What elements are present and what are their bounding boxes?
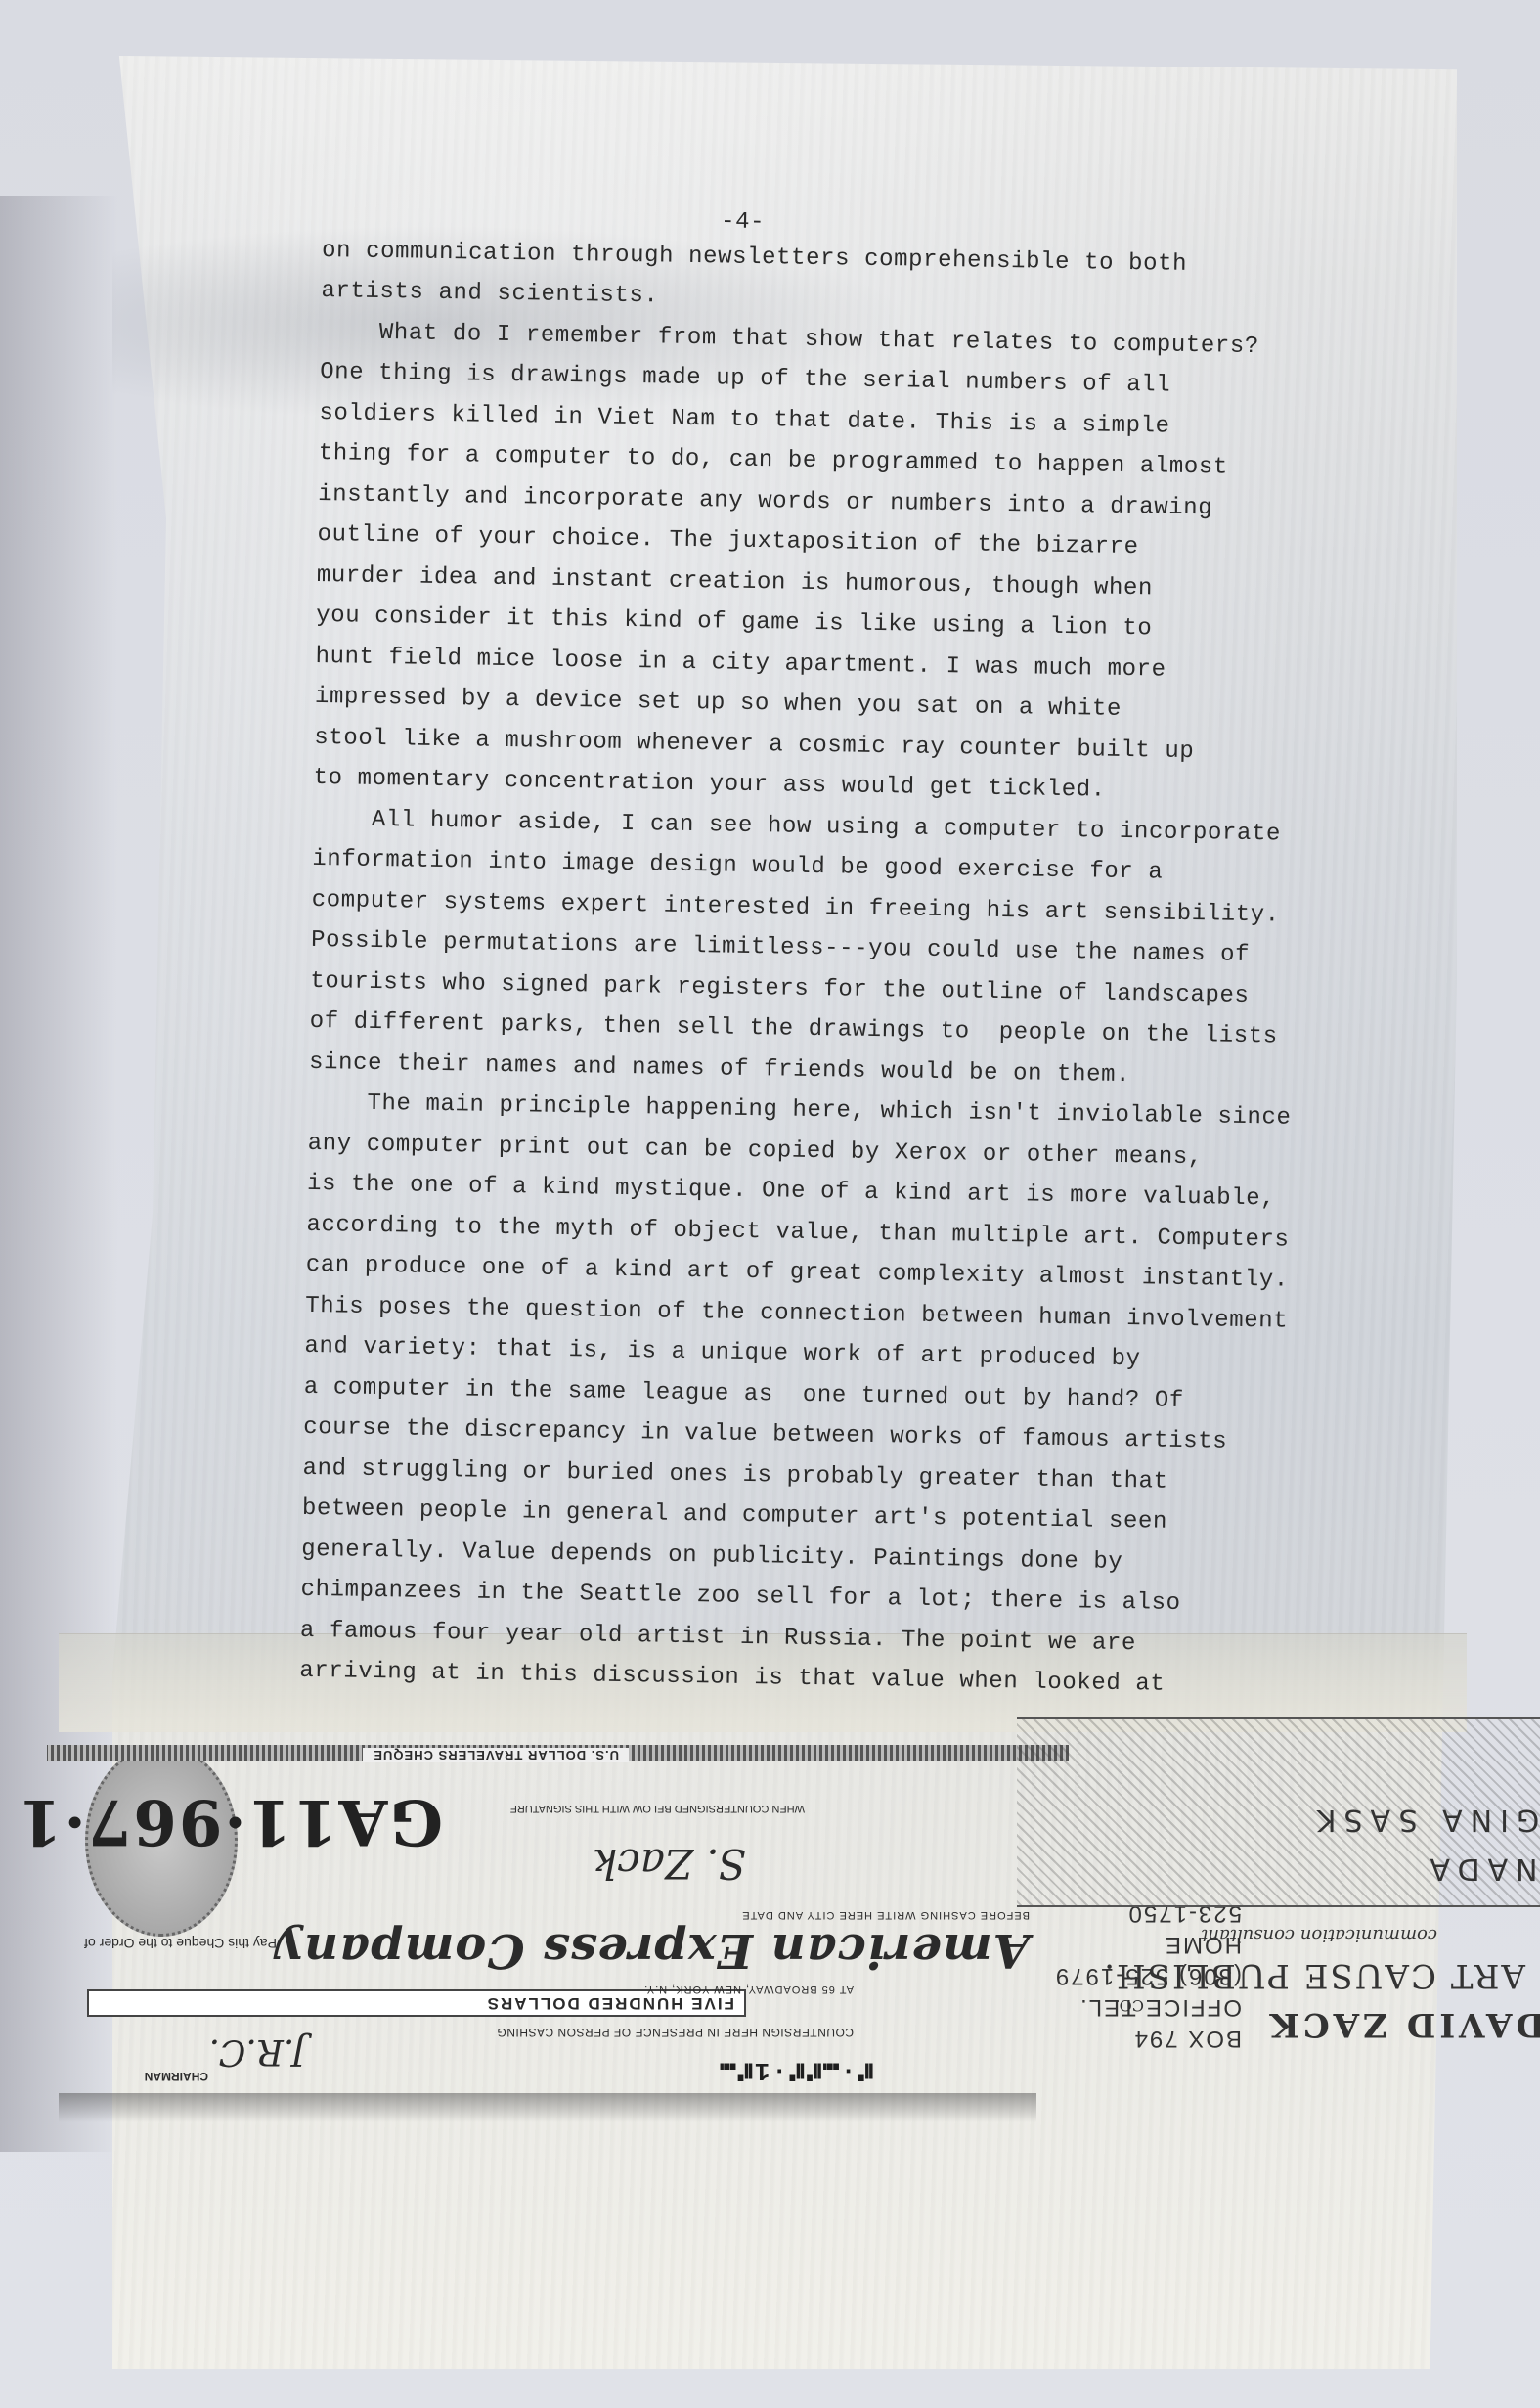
travelers-cheque: ⑈·⑉⑈⑈·1⑈⑉ J.R.C. CHAIRMAN COUNTERSIGN HE…	[47, 1721, 1069, 2093]
amount-text: FIVE HUNDRED DOLLARS	[486, 1993, 734, 2013]
issuer-address: AT 65 BROADWAY, NEW YORK, N.Y.	[643, 1984, 854, 1995]
business-card: BOX 794 OFFICE TEL. (306) 525-1979 HOME …	[1017, 1721, 1540, 2054]
check-serial-number: GA11·967·1	[17, 1785, 443, 1858]
card-box: BOX 794	[1054, 2023, 1242, 2054]
date-hint: BEFORE CASHING WRITE HERE CITY AND DATE	[741, 1909, 1030, 1921]
typed-letter-body: -4- on communication through newsletters…	[299, 196, 1447, 1709]
card-office-label: OFFICE TEL.	[1054, 1991, 1242, 2023]
issuer-name: American Express Company	[275, 1923, 1030, 1978]
chairman-signature: J.R.C.	[209, 2031, 306, 2072]
when-countersigned-label: WHEN COUNTERSIGNED BELOW WITH THIS SIGNA…	[510, 1803, 806, 1814]
pay-to-label: Pay this Cheque to the Order of	[84, 1936, 277, 1951]
card-name: DAVID ZACK	[1266, 2005, 1540, 2044]
typewriter-drawing-icon: CANADA REGINA SASK	[1017, 1717, 1540, 1907]
letter-lines: on communication through newsletters com…	[299, 230, 1446, 1709]
typewriter-keys-row-1: CANADA	[1422, 1851, 1540, 1886]
check-footer-label: U.S. DOLLAR TRAVELERS CHEQUE	[363, 1748, 629, 1762]
card-company-suffix: CO.	[1115, 1996, 1144, 2015]
typewriter-keys-row-2: REGINA SASK	[1309, 1803, 1540, 1837]
check-micr-line: ⑈·⑉⑈⑈·1⑈⑉	[719, 2056, 873, 2085]
cheque-shadow	[59, 2093, 1036, 2122]
card-company: ART CAUSE PUBLISH.	[1102, 1956, 1525, 1995]
chairman-label: CHAIRMAN	[145, 2070, 208, 2083]
holder-signature: S. Zack	[593, 1840, 746, 1888]
countersign-label: COUNTERSIGN HERE IN PRESENCE OF PERSON C…	[497, 2026, 854, 2039]
card-role: communication consultant	[1201, 1925, 1437, 1944]
